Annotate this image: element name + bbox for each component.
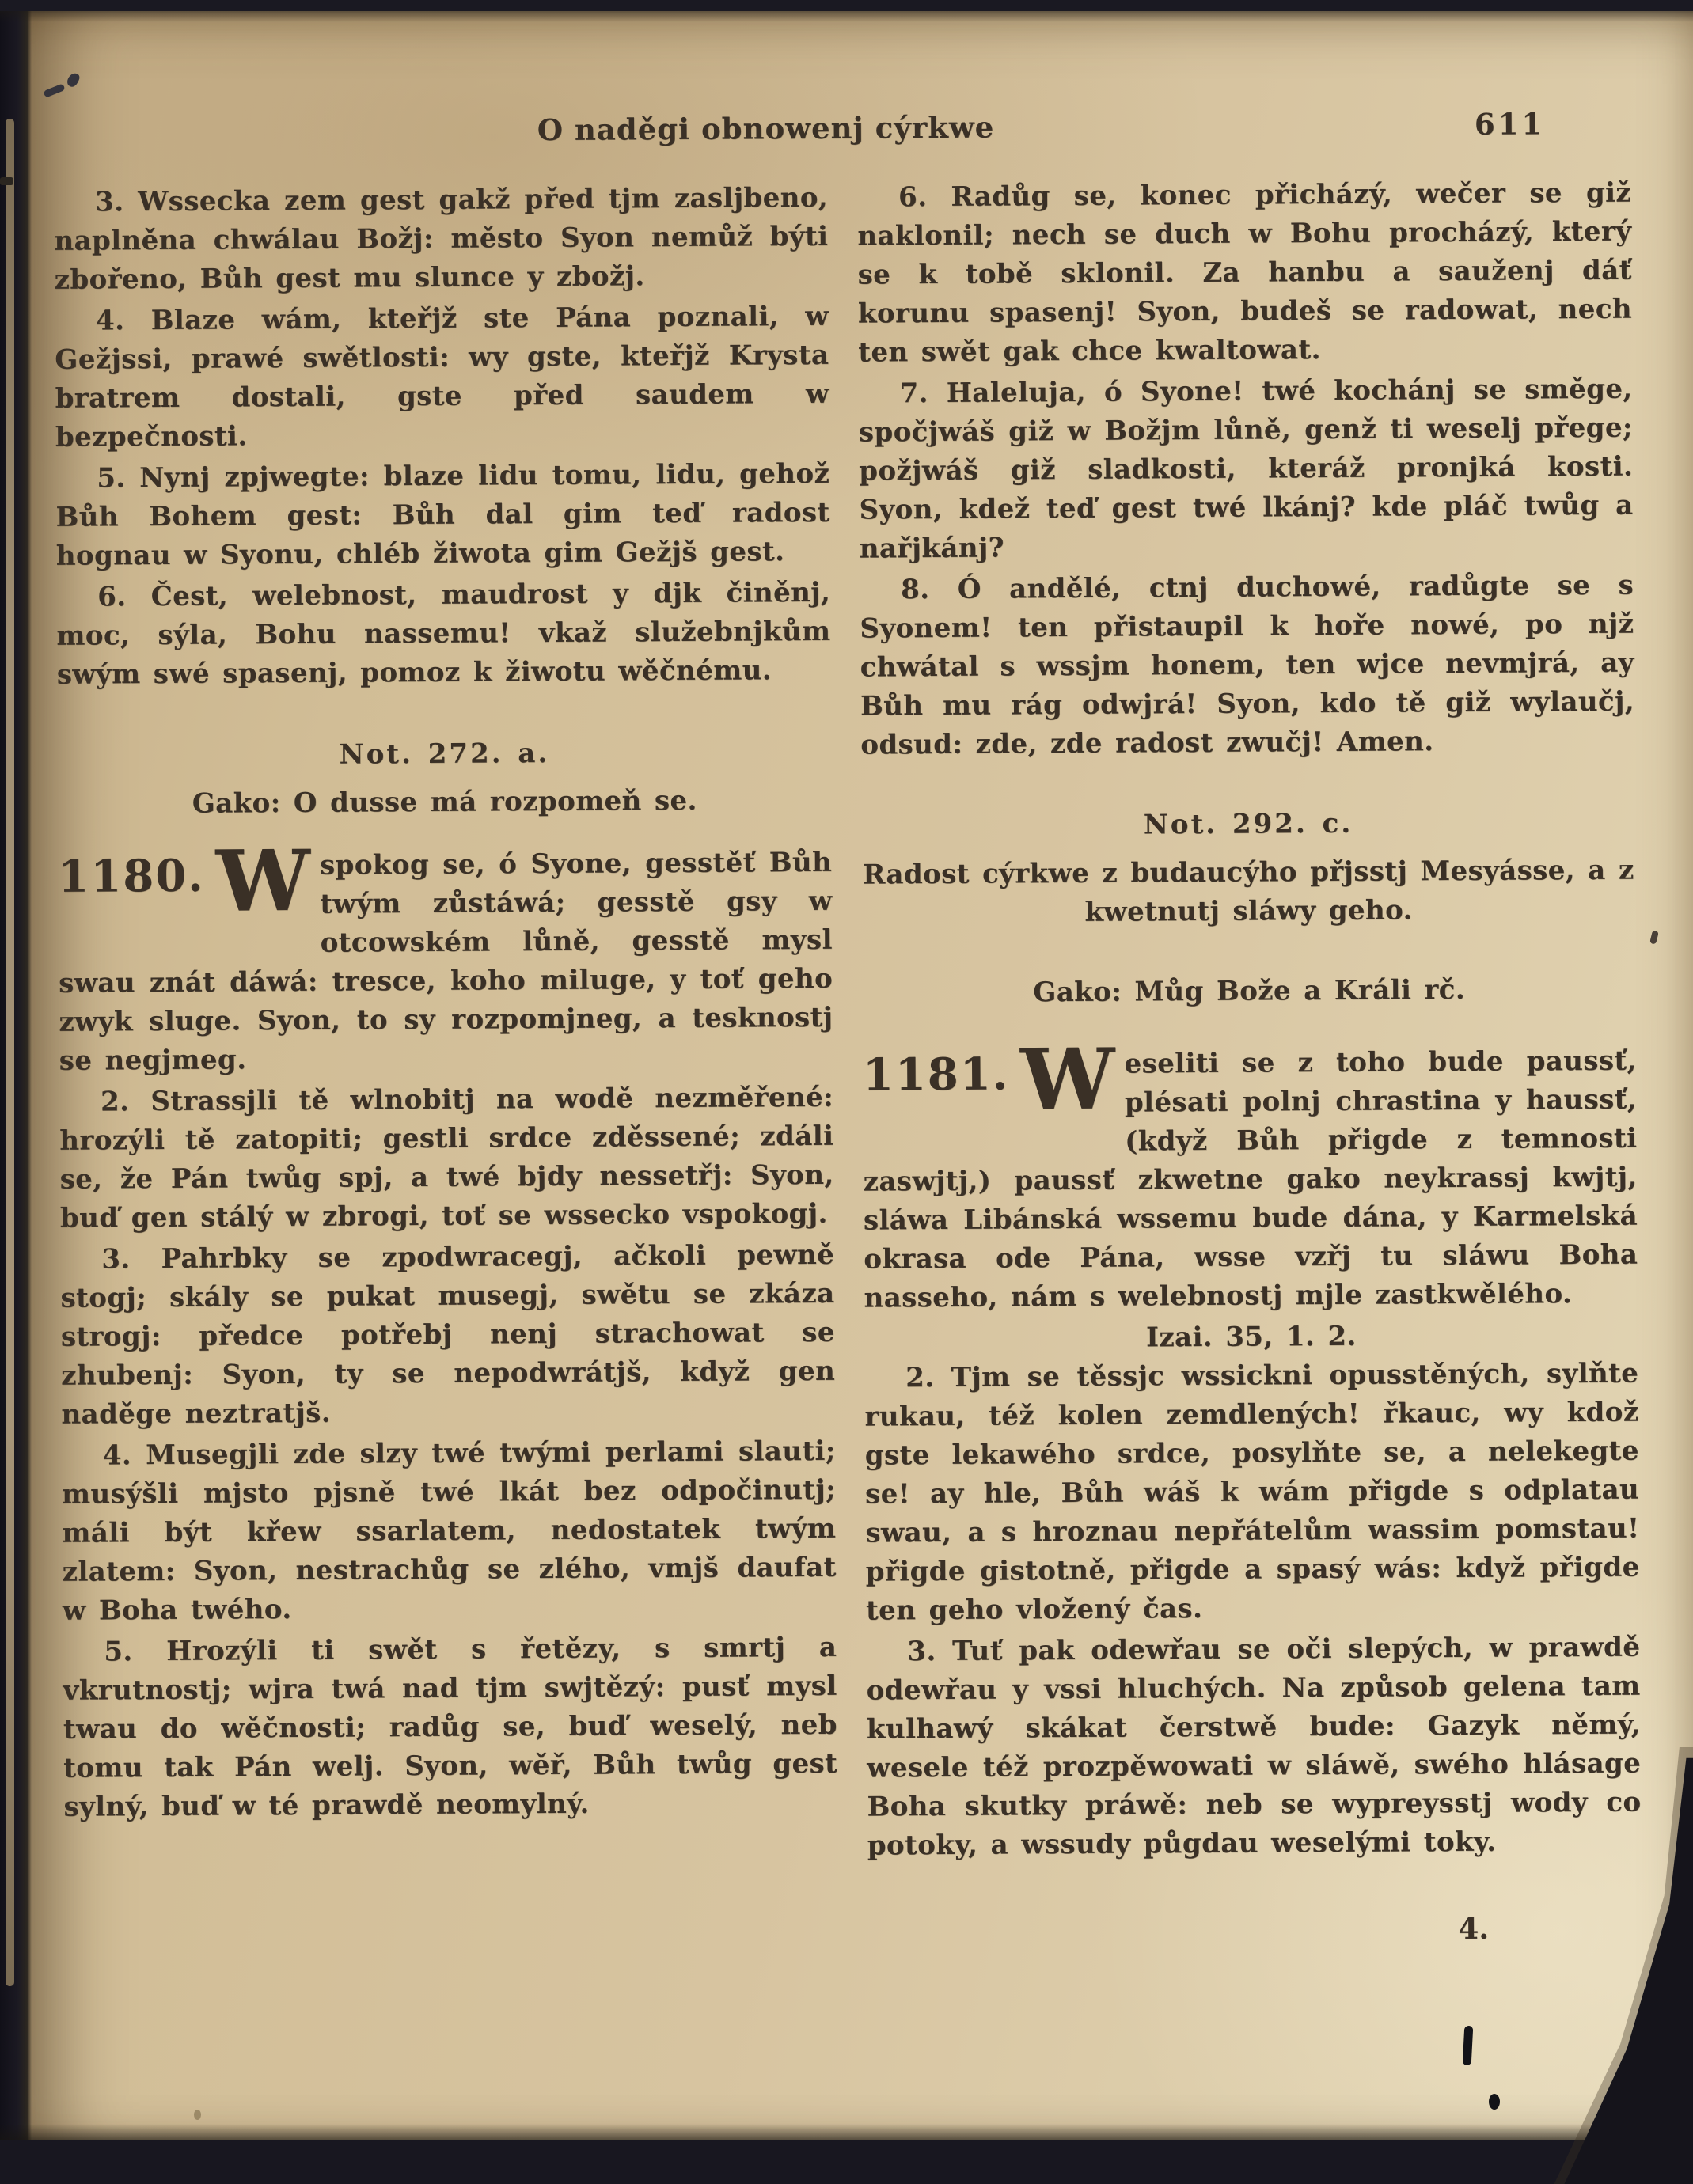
running-header: O naděgi obnowenj cýrkwe	[469, 109, 1062, 148]
verse-paragraph: 3. Tuť pak odewřau se oči slepých, w pra…	[866, 1629, 1642, 1866]
hymn-opening: 1180. W spokog se, ó Syone, gesstěť Bůh …	[58, 844, 833, 1081]
tune-line: Gako: Můg Bože a Králi rč.	[862, 970, 1636, 1014]
verse-paragraph: 6. Čest, welebnost, maudrost y djk činěn…	[56, 574, 831, 695]
verse-paragraph: 3. Pahrbky se zpodwracegj, ačkoli pewně …	[60, 1236, 835, 1435]
hymn-lead: 1181. W	[863, 1047, 1115, 1126]
scanned-book-page: O naděgi obnowenj cýrkwe 611 3. Wssecka …	[0, 0, 1693, 2184]
verse-paragraph: 3. Wssecka zem gest gakž před tjm zasljb…	[54, 179, 829, 300]
hymn-opening: 1181. W eseliti se z toho bude paussť, p…	[863, 1042, 1638, 1318]
left-column: 3. Wssecka zem gest gakž před tjm zasljb…	[54, 179, 838, 1829]
hymn-lead: 1180. W	[58, 848, 310, 927]
verse-paragraph: 4. Musegjli zde slzy twé twými perlami s…	[62, 1432, 837, 1631]
scripture-reference: Izai. 35, 1. 2.	[864, 1316, 1638, 1359]
hymn-number: 1181.	[863, 1047, 1010, 1097]
verse-paragraph: 4. Blaze wám, kteřjž ste Pána poznali, w…	[55, 298, 829, 457]
verse-paragraph: 5. Nynj zpjwegte: blaze lidu tomu, lidu,…	[55, 455, 830, 576]
right-column: 6. Radůg se, konec přicházý, wečer se gi…	[857, 174, 1642, 1868]
verse-paragraph: 6. Radůg se, konec přicházý, wečer se gi…	[857, 174, 1632, 373]
margin-ink-dash	[0, 177, 13, 185]
faint-ink-dot	[194, 2110, 201, 2120]
verse-paragraph: 5. Hrozýli ti swět s řetězy, s smrtj a v…	[63, 1629, 837, 1827]
catchword: 4.	[1458, 1911, 1489, 1946]
page-number: 611	[1450, 106, 1569, 142]
verse-paragraph: 2. Tjm se těssjc wssickni opusstěných, s…	[864, 1355, 1640, 1631]
verse-paragraph: 2. Strassjli tě wlnobitj na wodě nezměře…	[59, 1079, 834, 1238]
ink-dot	[1489, 2094, 1500, 2110]
verse-paragraph: 7. Haleluja, ó Syone! twé kochánj se smě…	[858, 370, 1633, 569]
hymn-subtitle: Radost cýrkwe z budaucýho přjsstj Mesyás…	[861, 851, 1636, 934]
hymn-dropcap-initial: W	[215, 848, 310, 914]
page-content: O naděgi obnowenj cýrkwe 611 3. Wssecka …	[0, 0, 1693, 2184]
tune-line: Gako: O dusse má rozpomeň se.	[58, 781, 832, 825]
verse-paragraph: 8. Ó andělé, ctnj duchowé, radůgte se s …	[860, 567, 1634, 765]
note-heading: Not. 272. a.	[57, 733, 831, 776]
hymn-dropcap-initial: W	[1020, 1047, 1115, 1113]
note-heading: Not. 292. c.	[861, 803, 1635, 847]
hymn-number: 1180.	[58, 849, 205, 899]
